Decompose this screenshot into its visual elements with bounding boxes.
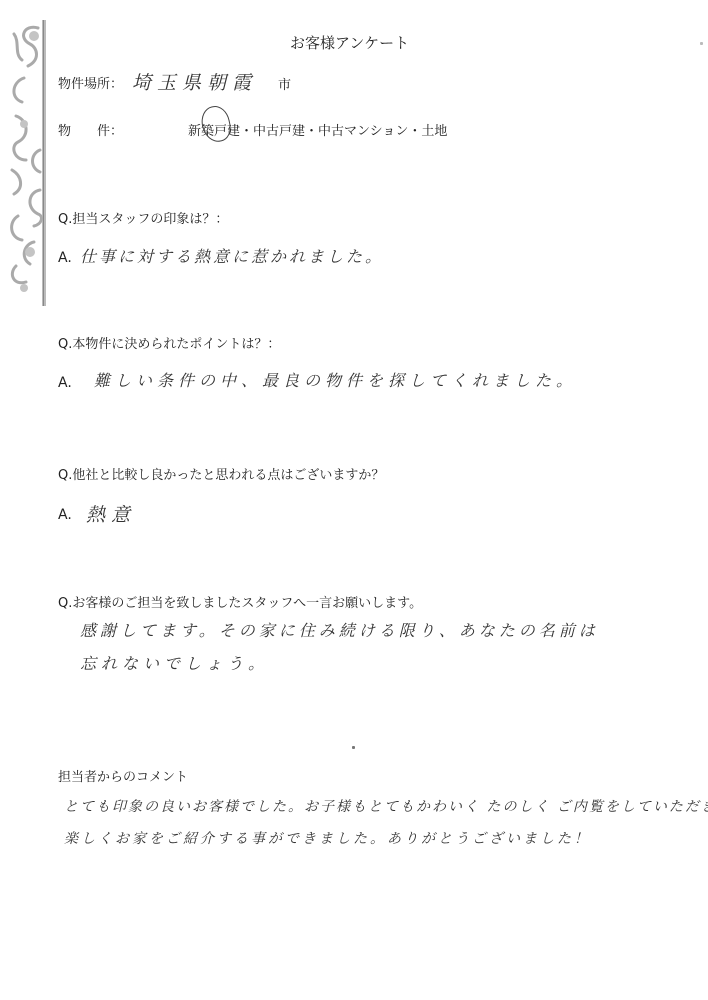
decorative-border-ornament (4, 20, 48, 306)
answer-1-prefix: A. (58, 250, 72, 266)
staff-comment-line-1: とても印象の良いお客様でした。お子様もとてもかわいく たのしく ご内覧をしていた… (64, 796, 708, 816)
property-type-label: 物 件： (58, 120, 123, 139)
answer-3-prefix: A. (58, 507, 72, 523)
question-2: Q.本物件に決められたポイントは？： (58, 333, 280, 352)
answer-2-handwritten: 難しい条件の中、最良の物件を探してくれました。 (94, 368, 577, 391)
scan-speck (700, 42, 703, 45)
answer-2-prefix: A. (58, 375, 72, 391)
answer-3-handwritten: 熱意 (86, 500, 136, 527)
answer-1-handwritten: 仕事に対する熱意に惹かれました。 (80, 244, 384, 267)
staff-comment-line-2: 楽しくお家をご紹介する事ができました。ありがとうございました！ (64, 828, 591, 848)
question-3: Q.他社と比較し良かったと思われる点はございますか？ (58, 464, 384, 483)
property-location-handwritten: 埼玉県朝霞 (132, 68, 257, 95)
question-1: Q.担当スタッフの印象は？： (58, 208, 228, 227)
scan-speck (352, 746, 355, 749)
answer-4-line-1: 感謝してます。その家に住み続ける限り、あなたの名前は (80, 618, 599, 641)
property-location-city-suffix: 市 (278, 74, 291, 93)
property-location-label: 物件場所： (58, 73, 123, 92)
staff-comment-heading: 担当者からのコメント (58, 766, 188, 785)
survey-title: お客様アンケート (290, 32, 409, 53)
question-4: Q.お客様のご担当を致しましたスタッフへ一言お願いします。 (58, 592, 422, 611)
answer-4-line-2: 忘れないでしょう。 (80, 651, 269, 674)
